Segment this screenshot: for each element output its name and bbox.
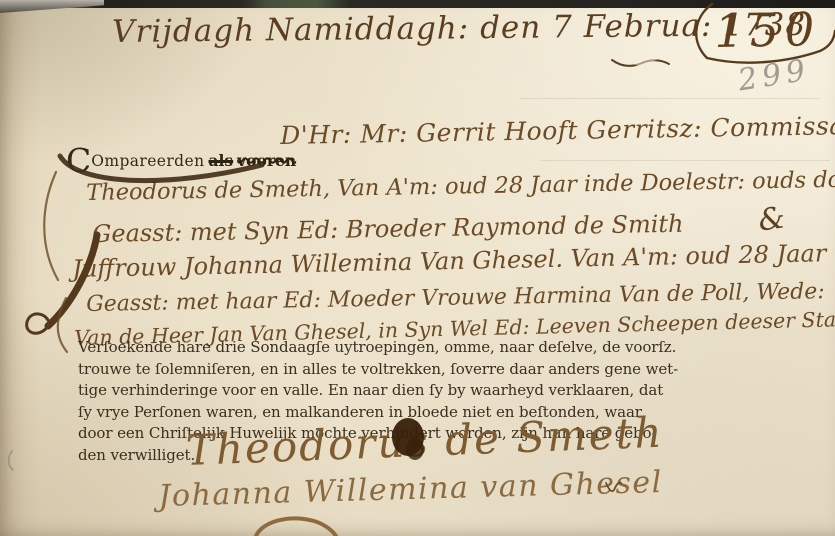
pencil-tick	[9, 451, 13, 470]
j-loop-flourish	[27, 314, 48, 333]
page-number-bracket	[696, 4, 835, 63]
ink-blot-lobe	[406, 438, 424, 460]
left-bracket-flourish	[44, 172, 58, 280]
j-descender-flourish	[48, 235, 97, 326]
manuscript-page: Vrijdagh Namiddagh: den 7 Februa: 1738 1…	[0, 0, 835, 536]
partial-signature-flourish	[256, 518, 336, 536]
ink-flourishes-overlay	[0, 0, 835, 536]
underline-flourish	[60, 156, 262, 181]
ink-tick	[606, 483, 621, 492]
